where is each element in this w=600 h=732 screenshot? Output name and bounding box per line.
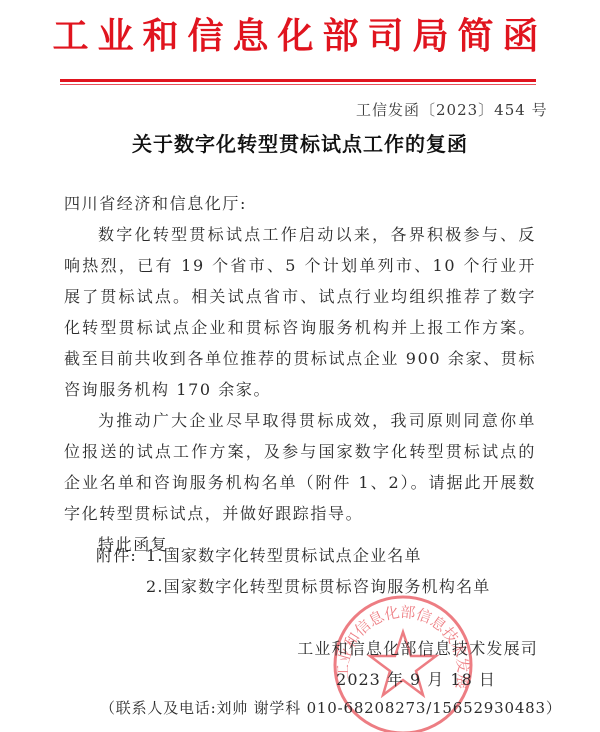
issuer: 工业和信息化部信息技术发展司 bbox=[268, 636, 538, 659]
letter-body: 四川省经济和信息化厅: 数字化转型贯标试点工作启动以来，各界积极参与、反响热烈，… bbox=[64, 188, 536, 560]
masthead: 工业和信息化部司局简函 bbox=[0, 14, 600, 58]
red-divider-thin bbox=[60, 84, 536, 85]
attachments-label: 附件: bbox=[96, 540, 146, 571]
attachment-item-1: 1.国家数字化转型贯标试点企业名单 bbox=[146, 546, 422, 565]
paragraph-1: 数字化转型贯标试点工作启动以来，各界积极参与、反响热烈，已有 19 个省市、5 … bbox=[64, 219, 536, 405]
document-number: 工信发函〔2023〕454 号 bbox=[356, 99, 548, 120]
red-divider-thick bbox=[60, 79, 536, 82]
addressee: 四川省经济和信息化厅: bbox=[64, 188, 536, 219]
document-title: 关于数字化转型贯标试点工作的复函 bbox=[0, 128, 600, 157]
attachments: 附件:1.国家数字化转型贯标试点企业名单 2.国家数字化转型贯标贯标咨询服务机构… bbox=[96, 540, 490, 602]
paragraph-2: 为推动广大企业尽早取得贯标成效，我司原则同意你单位报送的试点工作方案，及参与国家… bbox=[64, 405, 536, 529]
contact-info: （联系人及电话:刘帅 谢学科 010-68208273/15652930483） bbox=[100, 697, 562, 718]
attachment-item-2: 2.国家数字化转型贯标贯标咨询服务机构名单 bbox=[146, 577, 490, 596]
issue-date: 2023 年 9 月 18 日 bbox=[296, 667, 536, 690]
